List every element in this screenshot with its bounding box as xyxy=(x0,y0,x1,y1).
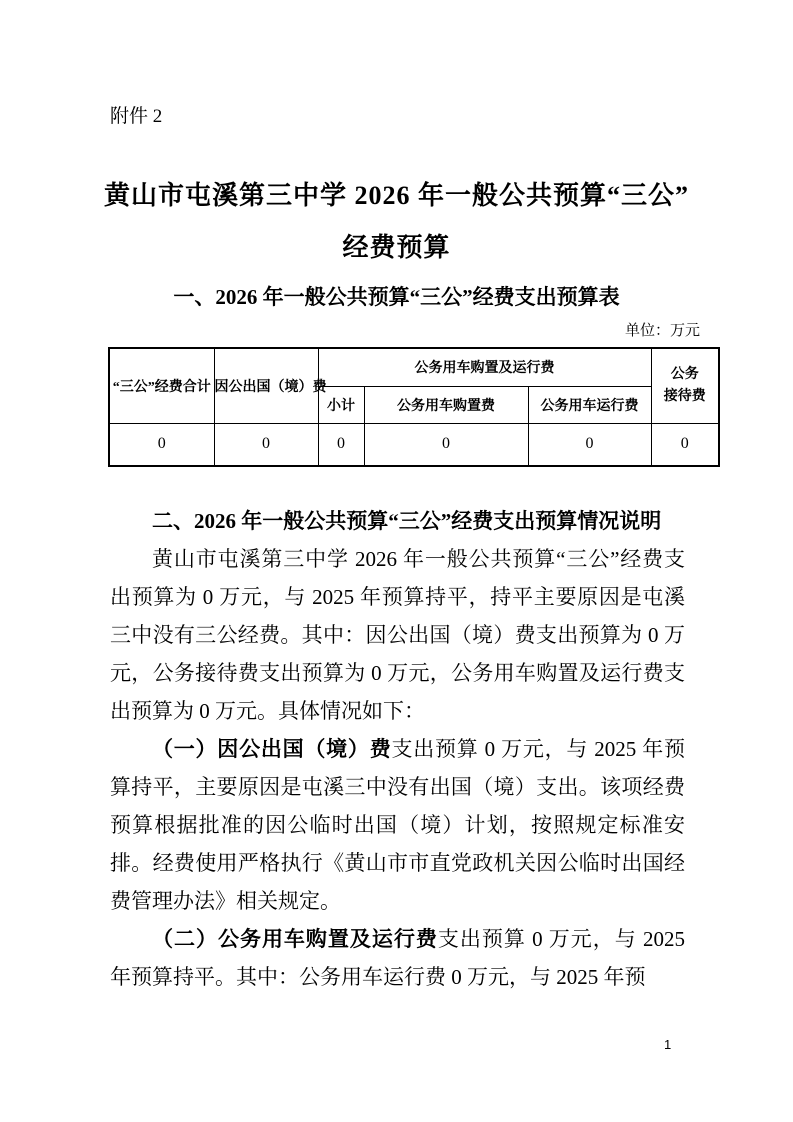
paragraph-run-bold: （一）因公出国（境）费 xyxy=(152,737,391,761)
header-total: “三公”经费合计 xyxy=(109,348,214,423)
header-vehicle-group: 公务用车购置及运行费 xyxy=(318,348,651,386)
paragraph: （二）公务用车购置及运行费支出预算 0 万元，与 2025 年预算持平。其中：公… xyxy=(110,920,685,996)
value-vehicle-operation: 0 xyxy=(528,423,651,466)
value-reception-fee: 0 xyxy=(651,423,719,466)
budget-table: “三公”经费合计 因公出国（境）费 公务用车购置及运行费 公务 接待费 小计 公… xyxy=(108,347,720,467)
unit-note: 单位：万元 xyxy=(625,319,700,340)
paragraph: 黄山市屯溪第三中学 2026 年一般公共预算“三公”经费支出预算为 0 万元，与… xyxy=(110,540,685,730)
document-title-line-2: 经费预算 xyxy=(0,222,793,274)
paragraph-run: 支出预算 0 万元，与 2025 年预算持平，主要原因是屯溪三中没有出国（境）支… xyxy=(110,737,685,913)
document-title: 黄山市屯溪第三中学 2026 年一般公共预算“三公” 经费预算 xyxy=(0,170,793,274)
section2-heading: 二、2026 年一般公共预算“三公”经费支出预算情况说明 xyxy=(110,502,685,540)
document-title-line-1: 黄山市屯溪第三中学 2026 年一般公共预算“三公” xyxy=(0,170,793,222)
attachment-label: 附件 2 xyxy=(110,101,162,128)
header-vehicle-operation: 公务用车运行费 xyxy=(528,386,651,423)
document-page: 附件 2 黄山市屯溪第三中学 2026 年一般公共预算“三公” 经费预算 一、2… xyxy=(0,0,793,1122)
section1-heading: 一、2026 年一般公共预算“三公”经费支出预算表 xyxy=(0,281,793,311)
value-subtotal: 0 xyxy=(318,423,364,466)
paragraph-run-bold: （二）公务用车购置及运行费 xyxy=(152,927,438,951)
table-data-row: 0 0 0 0 0 0 xyxy=(109,423,719,466)
header-reception-fee: 公务 接待费 xyxy=(651,348,719,423)
page-number: 1 xyxy=(664,1037,671,1052)
value-total: 0 xyxy=(109,423,214,466)
value-vehicle-purchase: 0 xyxy=(364,423,528,466)
body-text: 二、2026 年一般公共预算“三公”经费支出预算情况说明 黄山市屯溪第三中学 2… xyxy=(110,502,685,996)
body-paragraphs: 黄山市屯溪第三中学 2026 年一般公共预算“三公”经费支出预算为 0 万元，与… xyxy=(110,540,685,996)
paragraph-run: 黄山市屯溪第三中学 2026 年一般公共预算“三公”经费支出预算为 0 万元，与… xyxy=(110,547,685,723)
value-abroad-fee: 0 xyxy=(214,423,318,466)
header-vehicle-purchase: 公务用车购置费 xyxy=(364,386,528,423)
header-abroad-fee: 因公出国（境）费 xyxy=(214,348,318,423)
paragraph: （一）因公出国（境）费支出预算 0 万元，与 2025 年预算持平，主要原因是屯… xyxy=(110,730,685,920)
table-header-row-1: “三公”经费合计 因公出国（境）费 公务用车购置及运行费 公务 接待费 xyxy=(109,348,719,386)
